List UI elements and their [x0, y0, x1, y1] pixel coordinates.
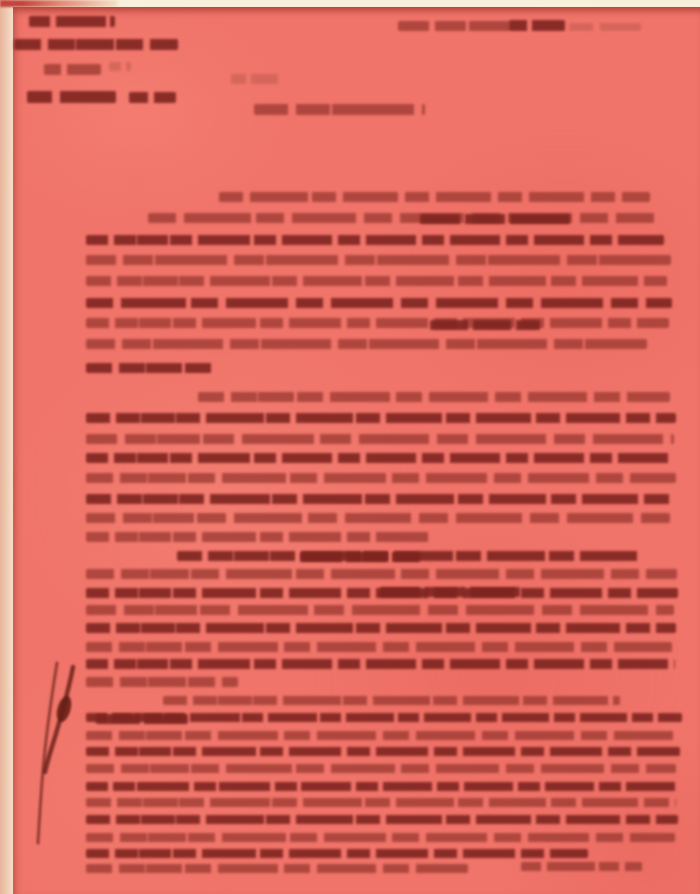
scanned-letter-screenshot: { "document": { "type_label": "Scanned t…: [0, 0, 700, 894]
handwritten-mark: [0, 0, 700, 894]
pen-ink-blob: [55, 695, 74, 723]
pen-stroke-long: [38, 663, 57, 843]
scan-background: [0, 0, 700, 894]
